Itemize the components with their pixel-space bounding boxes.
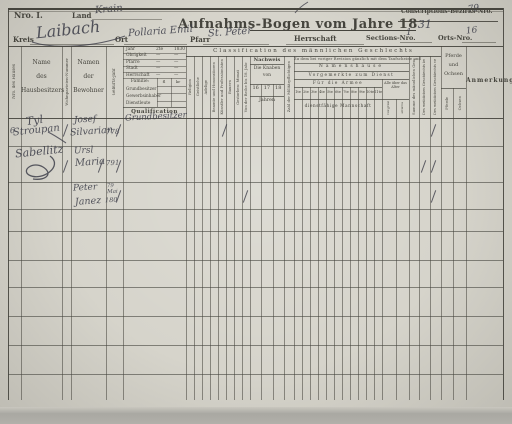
vieh-box-col-text: Pferde (445, 97, 449, 110)
vieh-box-title-line: Pferde (441, 54, 466, 59)
column-wohnpartei: Wohnparteien-Nummer (62, 48, 71, 116)
vieh-box-col: Ochsen (453, 89, 466, 117)
check-mark (431, 124, 437, 137)
sections-value-handwriting: 1 (406, 29, 412, 38)
column-geburtsjahr-text: Geburts-Jahr (112, 68, 116, 95)
scan-edge-shadow (0, 407, 512, 424)
column-besitzer-line: Hausbesitzers (21, 88, 62, 94)
revision-line2: Namenshause (294, 65, 409, 70)
column-bewohner-line: Bewohner (71, 88, 106, 94)
qual-familie-title: Familie: (123, 80, 157, 85)
class-column: Beamte und Honoratioren (210, 57, 218, 117)
land-underline (92, 19, 162, 20)
field-underline (286, 44, 364, 45)
ink-flourish (46, 130, 68, 144)
class-column: Adelige (202, 57, 210, 117)
scanned-census-form: Nro. I. Land Krain Conscriptions-Bezirks… (0, 0, 512, 424)
grid-vline (466, 46, 467, 400)
check-mark (431, 160, 437, 173)
hw-bewohner: Josef (74, 115, 97, 126)
qual-row-right: — (174, 74, 178, 78)
title-underline (250, 30, 416, 31)
nachweis-footer: Jahren (250, 99, 284, 104)
page-title-year-handwriting: 31 (418, 18, 432, 31)
hw-bewohner: Ursl (74, 146, 94, 156)
revision-side-box-col-text: befreit (401, 102, 404, 114)
ink-paraph (20, 152, 66, 186)
grid-vline (302, 87, 303, 400)
nachweis-subtitle: Die Knaben (250, 67, 284, 72)
revision-line3: Vorgemerkte zum Dienst (294, 73, 409, 77)
grid-hline (8, 260, 503, 261)
qual-row-label: Obrigkeit (126, 54, 147, 58)
column-besitzer-line: Name (21, 60, 62, 66)
column-besitzer-line: des (21, 74, 62, 80)
class-column-text: Gestorben: Monat (236, 70, 240, 105)
revision-age-class: 7te (342, 91, 350, 95)
column-summe-text: Summe des männlichen Geschlechts (412, 59, 416, 115)
grid-vline (273, 84, 274, 400)
column-geburtsjahr: Geburts-Jahr (106, 48, 123, 116)
revision-age-class: 6te (334, 91, 342, 95)
revision-line4: Für die Armee (294, 81, 382, 85)
pfarr-value-handwriting: St. Peter (208, 26, 253, 40)
revision-footer: dienstfähige Mannschaft (294, 105, 382, 109)
revision-side-box-col: vorgemerkt (382, 99, 396, 117)
header-separator (8, 46, 503, 47)
class-column-text: Beamte und Honoratioren (212, 62, 216, 112)
herrschaft-label: Herrschaft (294, 35, 337, 42)
class-column-text: Künstler und Professionisten (220, 59, 224, 115)
check-mark (421, 160, 427, 173)
grid-vline (334, 87, 335, 400)
grid-hline (8, 345, 503, 346)
grid-vline (382, 79, 383, 400)
class-column: Künstler und Professionisten (218, 57, 226, 117)
qual-familie-row: Gewerbsinhaber (126, 94, 161, 98)
vieh-box-title-line: Ochsen (441, 72, 466, 77)
grid-vline (250, 56, 251, 400)
qual-row-label: Pfarre (126, 61, 140, 65)
column-summe: Summe des männlichen Geschlechts (409, 57, 419, 117)
qual-row-mid: — (156, 54, 160, 58)
vieh-box-col-text: Ochsen (458, 96, 462, 110)
column-weiblich: Des weiblichen Geschlechts ledige (419, 57, 430, 117)
field-underline (203, 44, 269, 45)
qual-row-label: Stadt (126, 67, 138, 71)
column-haus-nr-text: Nro. des Hauses (12, 64, 16, 99)
grid-hline (8, 231, 503, 232)
class-column: Von der Reihe bis 18. Jahr (242, 57, 250, 117)
qual-grid-col: fl (157, 80, 171, 84)
qual-row-mid: — (156, 67, 160, 71)
grid-vline (310, 87, 311, 400)
column-haus-nr: Nro. des Hauses (8, 48, 21, 116)
frame-top-inner (8, 11, 503, 12)
revision-age-class: 9te (358, 91, 366, 95)
column-militarpflichtige: Zahl der Militärpflichtigen (284, 57, 294, 117)
class-column-text: Adelige (204, 80, 208, 95)
nachweis-age: 18 (273, 86, 284, 91)
grid-hline (250, 96, 284, 97)
grid-vline (350, 87, 351, 400)
qual-row-mid: — (156, 74, 160, 78)
qual-row-right: — (174, 54, 178, 58)
field-underline (400, 42, 432, 43)
grid-vline (366, 87, 367, 400)
class-column-text: Geistliche (196, 77, 200, 96)
qual-familie-row: Grundbesitzer (126, 87, 156, 91)
ort-value-handwriting: Pollaria Emil (128, 25, 194, 40)
nachweis-title: Nachweis (250, 58, 284, 63)
grid-vline (453, 88, 454, 400)
column-weiblich: Des weiblichen Geschlechts verehelichte (430, 57, 441, 117)
hw-bewohner: Peter (73, 183, 98, 194)
grid-hline (250, 64, 284, 65)
qual-row-right: — (174, 61, 178, 65)
nachweis-age: 17 (261, 86, 272, 91)
vieh-box-col: Pferde (441, 89, 453, 117)
revision-age-class: 2te (302, 91, 310, 95)
hw-geburtsjahr: 79 Mai (107, 184, 118, 196)
revision-age-class: 5te (326, 91, 334, 95)
revision-age-class: 3te (310, 91, 318, 95)
grid-vline (261, 84, 262, 400)
check-mark (243, 190, 249, 203)
grid-hline (8, 209, 503, 210)
qual-row-label: Herrschaft (126, 74, 150, 78)
grid-vline (326, 87, 327, 400)
frame-top (8, 8, 503, 10)
revision-side-box-col: befreit (396, 99, 409, 117)
class-column: Bauern (226, 57, 234, 117)
grid-vline (396, 99, 397, 400)
orts-nr-value-handwriting: 16 (466, 26, 478, 37)
column-bewohner-line: der (71, 74, 106, 80)
grid-vline (342, 87, 343, 400)
field-underline (124, 44, 187, 45)
grid-hline (123, 107, 186, 108)
pfarr-label: Pfarr (190, 36, 210, 43)
class-column: Geistliche (194, 57, 202, 117)
grid-vline (123, 46, 124, 400)
qual-row-right: 1830 (174, 48, 185, 52)
nachweis-age: 16 (250, 86, 261, 91)
class-column: Religion (186, 57, 194, 117)
column-bewohner-line: Namen (71, 60, 106, 66)
qual-row-label: Jahr (126, 48, 135, 52)
class-column-text: Von der Reihe bis 18. Jahr (244, 62, 248, 112)
grid-vline (358, 87, 359, 400)
column-weiblich-text: Des weiblichen Geschlechts verehelichte (434, 59, 438, 115)
hw-qualification: Grundbesitzer (125, 111, 187, 123)
revision-age-class: 8te (350, 91, 358, 95)
frame-right (503, 8, 504, 400)
grid-vline (374, 87, 375, 400)
vieh-box-title-line: und (441, 63, 466, 68)
revision-side-box-title: Alle über das Alter (382, 81, 409, 89)
qual-grid-col: kr (171, 80, 185, 84)
revision-age-class: 1te (294, 91, 302, 95)
revision-line1: Zu dem bei voriger Revision gänzlich mit… (294, 58, 409, 62)
qual-row-right: — (174, 67, 178, 71)
column-anmerkung: Anmerkung (466, 78, 503, 84)
grid-hline (8, 287, 503, 288)
class-column-text: Religion (188, 79, 192, 95)
grid-hline (294, 87, 382, 88)
hw-bewohner: Janez (75, 196, 102, 208)
class-column: Gestorben: Monat (234, 57, 242, 117)
revision-age-class: 4te (318, 91, 326, 95)
grid-vline (318, 87, 319, 400)
revision-age-class: 11te (374, 91, 382, 95)
qual-familie-row: Dienstleute (126, 101, 150, 105)
revision-age-class: 10te (366, 91, 374, 95)
revision-side-box-col-text: vorgemerkt (387, 101, 390, 115)
qual-row-mid: 2te (156, 48, 163, 52)
column-weiblich-text: Des weiblichen Geschlechts ledige (423, 59, 427, 115)
classification-title: Classification des männlichen Geschlecht… (186, 49, 441, 55)
grid-hline (8, 374, 503, 375)
class-column-text: Bauern (228, 80, 232, 94)
grid-hline (8, 316, 503, 317)
grid-vline (71, 46, 72, 400)
field-underline (462, 42, 496, 43)
grid-vline (21, 46, 22, 400)
form-number: Nro. I. (14, 11, 43, 19)
column-wohnpartei-text: Wohnparteien-Nummer (65, 58, 69, 106)
check-mark (431, 190, 437, 203)
column-militarpflichtige-text: Zahl der Militärpflichtigen (287, 61, 291, 112)
qual-row-mid: — (156, 61, 160, 65)
nachweis-subtitle: von (250, 74, 284, 79)
